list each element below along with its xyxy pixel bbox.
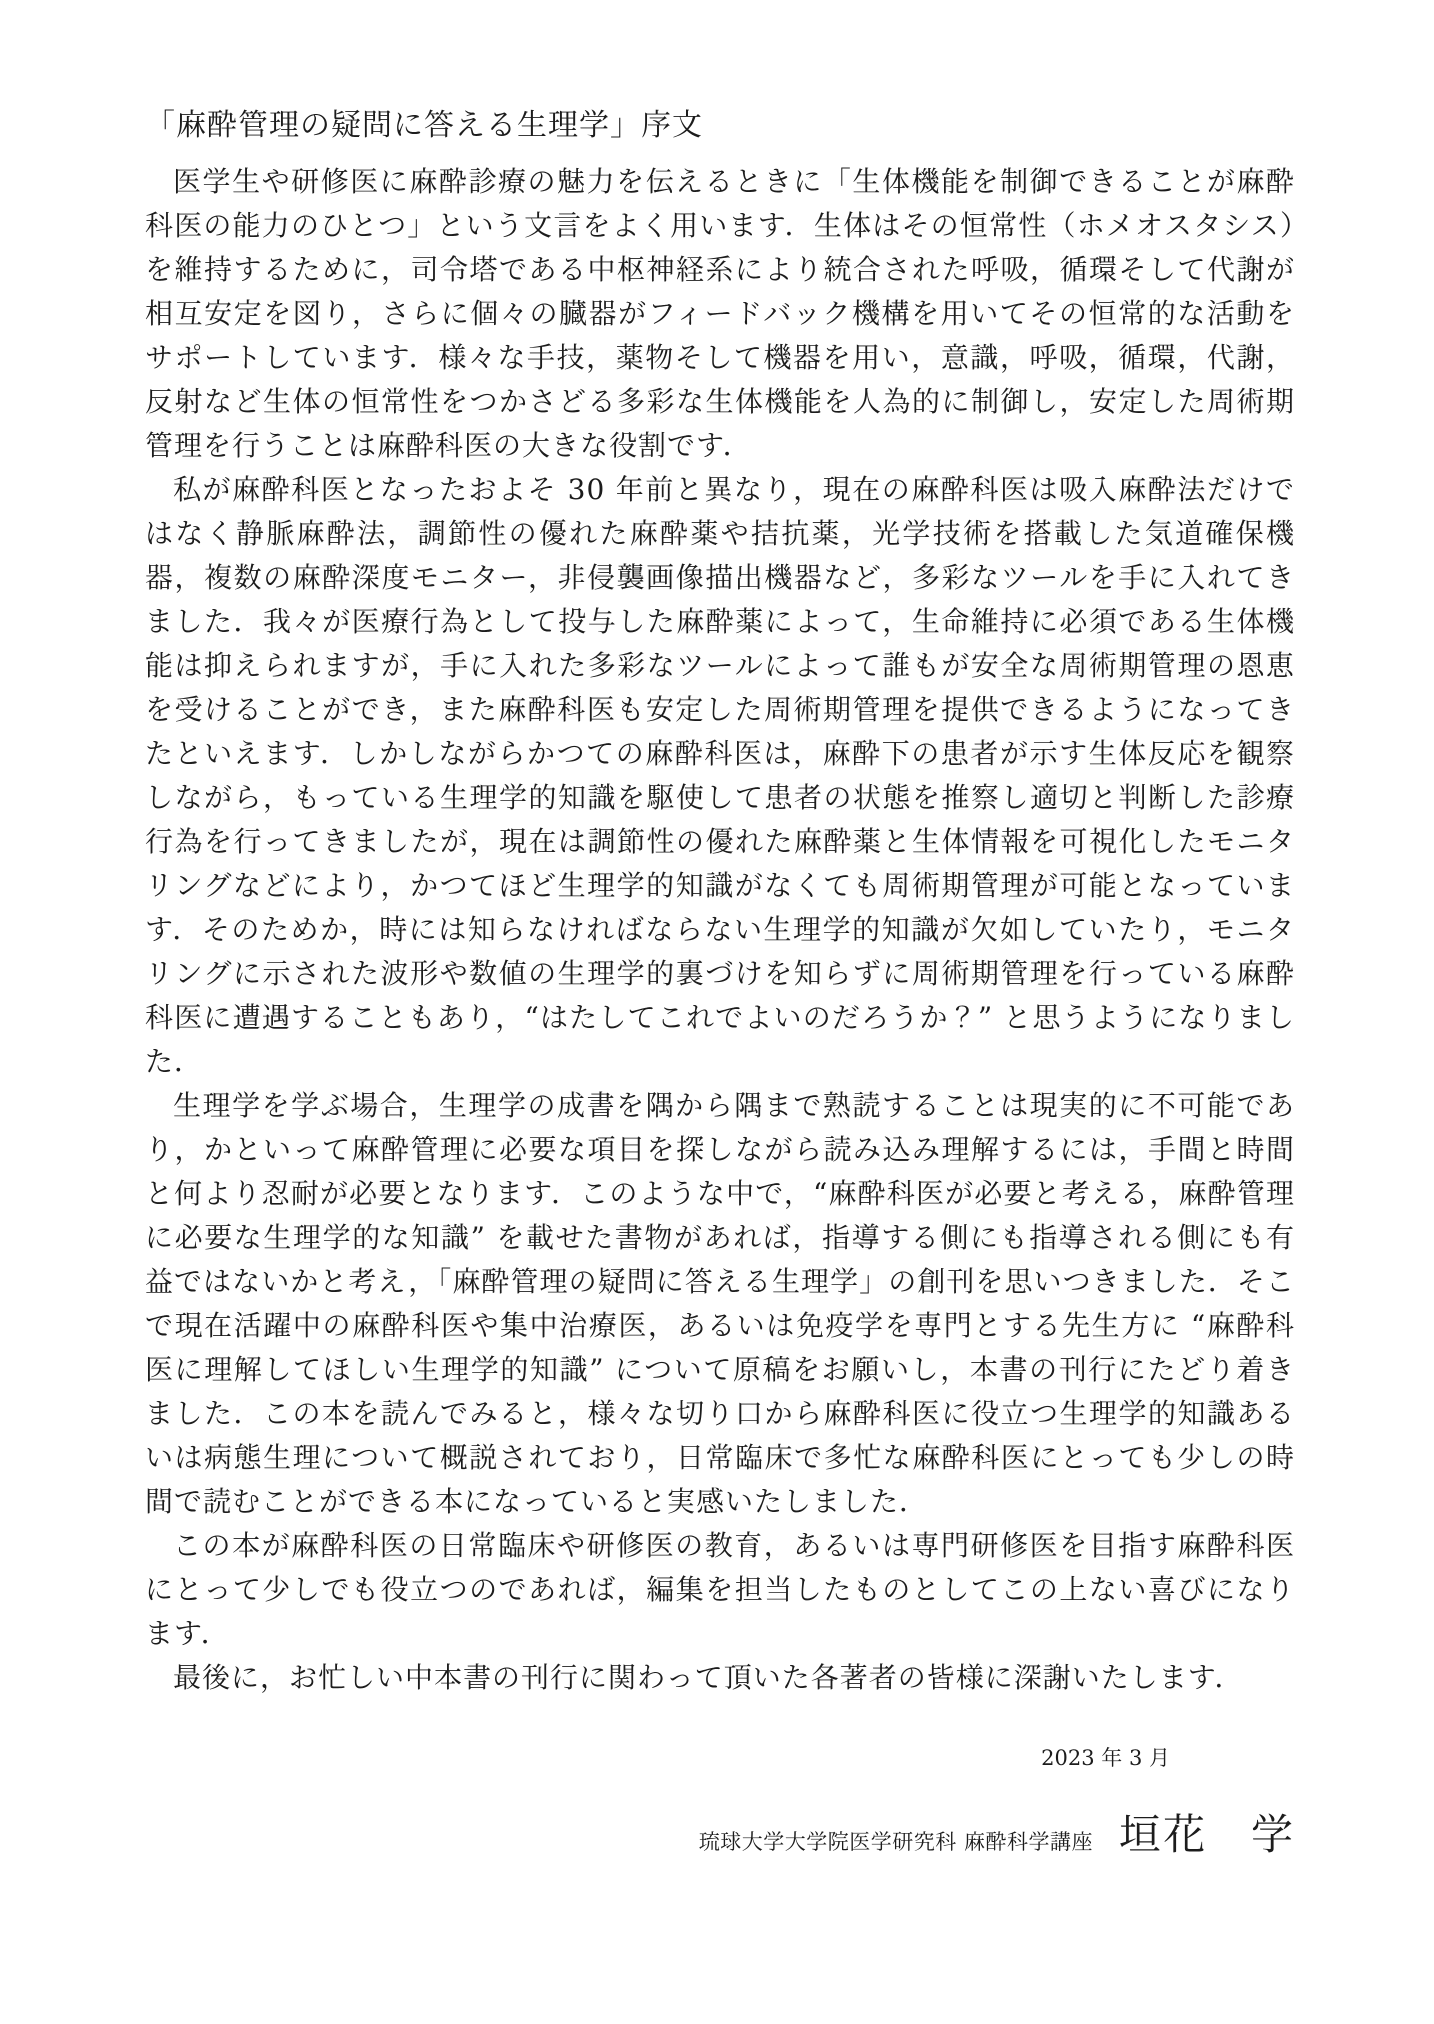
author-affiliation: 琉球大学大学院医学研究科 麻酔科学講座 <box>699 1826 1093 1856</box>
preface-page: 「麻酔管理の疑問に答える生理学」序文 医学生や研修医に麻酔診療の魅力を伝えるとき… <box>0 0 1434 2024</box>
paragraph: 最後に，お忙しい中本書の刊行に関わって頂いた各著者の皆様に深謝いたします． <box>145 1656 1295 1700</box>
date-line: 2023 年 3 月 <box>145 1742 1295 1772</box>
preface-body: 医学生や研修医に麻酔診療の魅力を伝えるときに「生体機能を制御できることが麻酔科医… <box>145 160 1295 1700</box>
author-name: 垣花 学 <box>1119 1802 1295 1862</box>
page-title: 「麻酔管理の疑問に答える生理学」序文 <box>145 100 1295 144</box>
paragraph: 生理学を学ぶ場合，生理学の成書を隅から隅まで熟読することは現実的に不可能であり，… <box>145 1084 1295 1524</box>
paragraph: 私が麻酔科医となったおよそ 30 年前と異なり，現在の麻酔科医は吸入麻酔法だけで… <box>145 468 1295 1084</box>
paragraph: この本が麻酔科医の日常臨床や研修医の教育，あるいは専門研修医を目指す麻酔科医にと… <box>145 1524 1295 1656</box>
signature-line: 琉球大学大学院医学研究科 麻酔科学講座 垣花 学 <box>145 1802 1295 1862</box>
paragraph: 医学生や研修医に麻酔診療の魅力を伝えるときに「生体機能を制御できることが麻酔科医… <box>145 160 1295 468</box>
